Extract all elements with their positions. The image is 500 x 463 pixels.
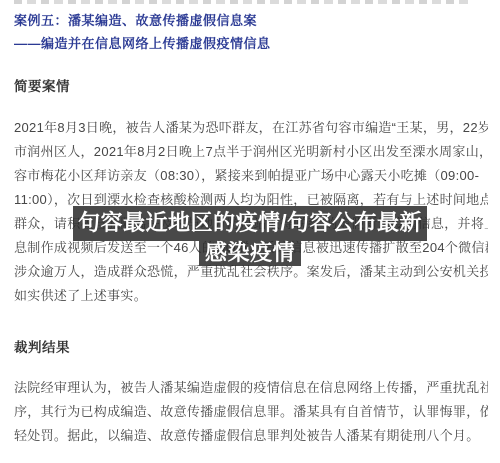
case-subtitle: ——编造并在信息网络上传播虚假疫情信息 [14,33,487,52]
paragraph-line: 市润州区人，2021年8月2日晚上7点半于润州区光明新村小区出发至溧水周家山，途… [14,140,488,164]
paragraph-line: 如实供述了上述事实。 [14,284,488,308]
clipped-previous-line [14,0,469,4]
section-heading-brief-facts: 简要案情 [14,75,70,95]
paragraph-line: 轻处罚。据此，以编造、故意传播虚假信息罪判处被告人潘某有期徒刑八个月。 [14,424,488,448]
article-page: 案例五：潘某编造、故意传播虚假信息案 ——编造并在信息网络上传播虚假疫情信息 简… [0,0,500,463]
paragraph-line: 序，其行为已构成编造、故意传播虚假信息罪。潘某具有自首情节，认罪悔罪，依法可从 [14,400,488,424]
case-title: 案例五：潘某编造、故意传播虚假信息案 [14,10,487,29]
paragraph-line: 法院经审理认为，被告人潘某编造虚假的疫情信息在信息网络上传播，严重扰乱社会秩 [14,376,488,400]
paragraph-line: 涉众逾万人，造成群众恐慌，严重扰乱社会秩序。案发后，潘某主动到公安机关投案，并 [14,260,488,284]
paragraph-line: 息制作成视频后发送至一个46人的QQ群。后该信息被迅速传播扩散至204个微信群， [14,236,488,260]
paragraph-line: 群众，请积极自我隔离并及时与地方防疫站取得联系”的虚假新冠疫情信息，并将上述信 [14,212,488,236]
paragraph-line: 11:00），次日到溧水检查核酸检测两人均为阳性，已被隔离，若有与上述时间地点相… [14,188,488,212]
paragraph-line: 容市梅花小区拜访亲友（08:30），紧接来到帕提亚广场中心露天小吃摊（09:00… [14,164,488,188]
section-heading-verdict: 裁判结果 [14,336,70,356]
verdict-paragraph: 法院经审理认为，被告人潘某编造虚假的疫情信息在信息网络上传播，严重扰乱社会秩 序… [14,376,488,448]
paragraph-line: 2021年8月3日晚，被告人潘某为恐吓群友，在江苏省句容市编造“王某，男，22岁… [14,116,488,140]
brief-facts-paragraph: 2021年8月3日晚，被告人潘某为恐吓群友，在江苏省句容市编造“王某，男，22岁… [14,116,488,308]
